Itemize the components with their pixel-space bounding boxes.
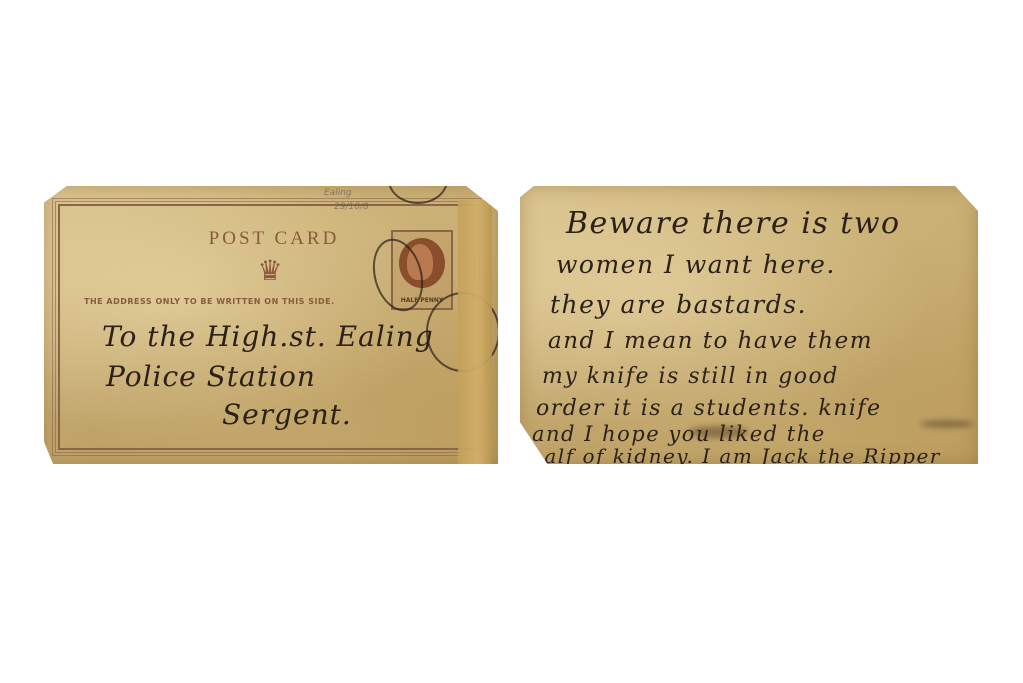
royal-coat-of-arms-icon: ♛ xyxy=(242,254,298,288)
post-card-title: POST CARD xyxy=(194,228,354,250)
message-line: women I want here. xyxy=(556,250,836,279)
address-line: Police Station xyxy=(106,360,316,393)
tape-strip xyxy=(458,200,492,466)
pencil-annotation: Ealing xyxy=(324,188,352,198)
ink-smudge xyxy=(920,420,974,428)
postcard-front: Ealing 29/10/8 POST CARD ♛ THE ADDRESS O… xyxy=(44,186,498,464)
address-instruction: THE ADDRESS ONLY TO BE WRITTEN ON THIS S… xyxy=(84,297,335,306)
postcard-back: Beware there is two women I want here. t… xyxy=(520,186,978,464)
address-line: Sergent. xyxy=(222,398,352,431)
postmark-icon xyxy=(388,156,448,204)
message-line: my knife is still in good xyxy=(542,364,839,389)
message-line: they are bastards. xyxy=(550,290,807,319)
pencil-date-annotation: 29/10/8 xyxy=(334,202,369,212)
message-line: Beware there is two xyxy=(566,206,901,241)
message-line: half of kidney. I am Jack the Ripper xyxy=(530,444,941,468)
address-line: To the High.st. Ealing xyxy=(102,320,434,353)
message-line: order it is a students. knife xyxy=(536,396,882,421)
message-line: and I hope you liked the xyxy=(532,422,826,446)
message-line: and I mean to have them xyxy=(548,328,873,354)
